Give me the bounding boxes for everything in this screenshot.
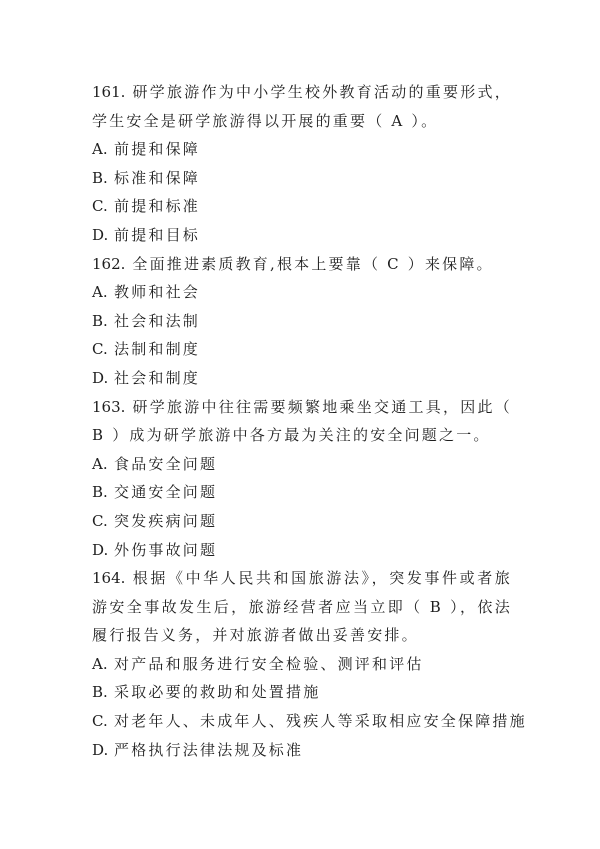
question-stem: 161. 研学旅游作为中小学生校外教育活动的重要形式，学生安全是研学旅游得以开展… bbox=[92, 78, 512, 135]
question-161: 161. 研学旅游作为中小学生校外教育活动的重要形式，学生安全是研学旅游得以开展… bbox=[92, 78, 512, 250]
question-stem: 162. 全面推进素质教育,根本上要靠（ C ）来保障。 bbox=[92, 250, 512, 279]
option-c: C.前提和标准 bbox=[92, 192, 512, 221]
question-number: 162. bbox=[92, 255, 125, 273]
option-b: B.采取必要的救助和处置措施 bbox=[92, 678, 512, 707]
question-164: 164. 根据《中华人民共和国旅游法》，突发事件或者旅游安全事故发生后，旅游经营… bbox=[92, 564, 512, 764]
document-page: 161. 研学旅游作为中小学生校外教育活动的重要形式，学生安全是研学旅游得以开展… bbox=[92, 78, 512, 764]
question-number: 164. bbox=[92, 569, 125, 587]
question-stem: 164. 根据《中华人民共和国旅游法》，突发事件或者旅游安全事故发生后，旅游经营… bbox=[92, 564, 512, 650]
option-b: B.社会和法制 bbox=[92, 307, 512, 336]
question-number: 161. bbox=[92, 83, 125, 101]
option-c: C.突发疾病问题 bbox=[92, 507, 512, 536]
question-text: 研学旅游作为中小学生校外教育活动的重要形式，学生安全是研学旅游得以开展的重要（ … bbox=[92, 83, 512, 130]
option-b: B.标准和保障 bbox=[92, 164, 512, 193]
option-a: A.对产品和服务进行安全检验、测评和评估 bbox=[92, 650, 512, 679]
option-a: A.教师和社会 bbox=[92, 278, 512, 307]
question-number: 163. bbox=[92, 398, 125, 416]
question-162: 162. 全面推进素质教育,根本上要靠（ C ）来保障。 A.教师和社会 B.社… bbox=[92, 250, 512, 393]
question-text: 根据《中华人民共和国旅游法》，突发事件或者旅游安全事故发生后，旅游经营者应当立即… bbox=[92, 569, 512, 644]
option-c: C.对老年人、未成年人、残疾人等采取相应安全保障措施 bbox=[92, 707, 512, 736]
option-a: A.食品安全问题 bbox=[92, 450, 512, 479]
question-stem: 163. 研学旅游中往往需要频繁地乘坐交通工具，因此（ B ）成为研学旅游中各方… bbox=[92, 393, 512, 450]
option-a: A.前提和保障 bbox=[92, 135, 512, 164]
question-text: 全面推进素质教育,根本上要靠（ C ）来保障。 bbox=[132, 255, 493, 273]
option-d: D.外伤事故问题 bbox=[92, 536, 512, 565]
option-d: D.社会和制度 bbox=[92, 364, 512, 393]
option-b: B.交通安全问题 bbox=[92, 478, 512, 507]
question-text: 研学旅游中往往需要频繁地乘坐交通工具，因此（ B ）成为研学旅游中各方最为关注的… bbox=[92, 398, 512, 445]
question-163: 163. 研学旅游中往往需要频繁地乘坐交通工具，因此（ B ）成为研学旅游中各方… bbox=[92, 393, 512, 565]
option-d: D.严格执行法律法规及标准 bbox=[92, 736, 512, 765]
option-c: C.法制和制度 bbox=[92, 335, 512, 364]
option-d: D.前提和目标 bbox=[92, 221, 512, 250]
